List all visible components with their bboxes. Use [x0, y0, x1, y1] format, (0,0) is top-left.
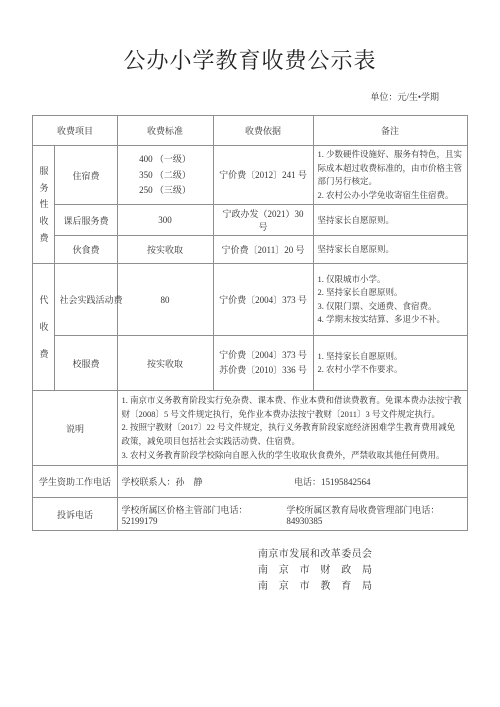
remarks-social-practice: 1. 仅限城市小学。 2. 坚持家长自愿原则。 3. 仅限门票、交通费、食宿费。… — [313, 264, 467, 336]
edu-dept-phone: 学校所属区教育局收费管理部门电话：84930385 — [286, 503, 462, 526]
basis-accommodation: 宁价费〔2012〕241 号 — [213, 146, 313, 205]
price-dept-phone: 学校所属区价格主管部门电话：52199179 — [122, 503, 273, 526]
standard-accommodation: 400 （一级） 350 （二级） 250 （三级） — [117, 146, 213, 205]
remark-line: 坚持家长自愿原则。 — [318, 243, 463, 257]
header-fee-item: 收费项目 — [33, 116, 117, 146]
remark-line: 1. 坚持家长自愿原则。 — [318, 350, 463, 364]
issuing-authorities: 南京市发展和改革委员会 南京市财政局 南京市教育局 — [258, 547, 372, 595]
basis-after-school: 宁政办发（2021）30 号 — [213, 205, 313, 236]
school-contact-person: 学校联系人：孙 静 — [122, 475, 203, 488]
standard-line: 250 （三级） — [122, 183, 209, 198]
standard-line: 350 （二级） — [122, 168, 209, 183]
header-remarks: 备注 — [313, 116, 467, 146]
notes-label: 说明 — [33, 391, 117, 466]
remarks-meals: 坚持家长自愿原则。 — [313, 236, 467, 264]
row-uniform: 校服费 按实收取 宁价费〔2004〕373 号 苏价费〔2010〕336 号 1… — [33, 336, 467, 391]
remark-line: 4. 学期末按实结算、多退少不补。 — [318, 313, 463, 327]
row-accommodation: 服务性收费 住宿费 400 （一级） 350 （二级） 250 （三级） 宁价费… — [33, 146, 467, 205]
remarks-uniform: 1. 坚持家长自愿原则。 2. 农村小学不作要求。 — [313, 336, 467, 391]
remarks-accommodation: 1. 少数硬件设施好、服务有特色，且实际成本超过收费标准的，由市价格主管部门另行… — [313, 146, 467, 205]
basis-line: 苏价费〔2010〕336 号 — [218, 363, 309, 378]
basis-line: 宁价费〔2012〕241 号 — [218, 168, 309, 183]
row-social-practice: 代收费 社会实践活动费 80 宁价费〔2004〕373 号 1. 仅限城市小学。… — [33, 264, 467, 336]
standard-after-school: 300 — [117, 205, 213, 236]
basis-uniform: 宁价费〔2004〕373 号 苏价费〔2010〕336 号 — [213, 336, 313, 391]
remark-line: 坚持家长自愿原则。 — [318, 214, 463, 228]
row-meals: 伙食费 按实收取 宁价费〔2011〕20 号 坚持家长自愿原则。 — [33, 236, 467, 264]
item-uniform: 校服费 — [55, 336, 117, 391]
standard-meals: 按实收取 — [117, 236, 213, 264]
document-page: 公办小学教育收费公示表 单位：元/生•学期 收费项目 收费标准 收费依据 备注 … — [0, 0, 500, 707]
note-line: 1. 南京市义务教育阶段实行免杂费、课本费、作业本费和借读费教育。免课本费办法按… — [122, 394, 463, 422]
aid-phone-number: 电话：15195842564 — [294, 475, 371, 488]
aid-phone-label: 学生资助工作电话 — [33, 466, 117, 498]
basis-line: 宁价费〔2004〕373 号 — [218, 348, 309, 363]
header-fee-basis: 收费依据 — [213, 116, 313, 146]
remarks-after-school: 坚持家长自愿原则。 — [313, 205, 467, 236]
page-title: 公办小学教育收费公示表 — [0, 0, 500, 75]
standard-uniform: 按实收取 — [117, 336, 213, 391]
basis-social-practice: 宁价费〔2004〕373 号 — [213, 264, 313, 336]
issuer-line: 南京市财政局 — [258, 563, 372, 579]
remark-line: 3. 仅限门票、交通费、食宿费。 — [318, 300, 463, 314]
remark-line: 2. 坚持家长自愿原则。 — [318, 286, 463, 300]
fee-table: 收费项目 收费标准 收费依据 备注 服务性收费 住宿费 400 （一级） 350… — [32, 115, 467, 531]
item-after-school: 课后服务费 — [55, 205, 117, 236]
note-line: 3. 农村义务教育阶段学校除向自愿入伙的学生收取伙食费外，严禁收取其他任何费用。 — [122, 449, 463, 463]
complaint-phone-label: 投诉电话 — [33, 498, 117, 531]
aid-phone-content: 学校联系人：孙 静 电话：15195842564 — [117, 466, 467, 498]
notes-content: 1. 南京市义务教育阶段实行免杂费、课本费、作业本费和借读费教育。免课本费办法按… — [117, 391, 467, 466]
unit-note: 单位：元/生•学期 — [33, 90, 467, 103]
header-fee-standard: 收费标准 — [117, 116, 213, 146]
category-agency-fees: 代收费 — [33, 264, 55, 391]
basis-meals: 宁价费〔2011〕20 号 — [213, 236, 313, 264]
remark-line: 2. 农村公办小学免收寄宿生住宿费。 — [318, 189, 463, 203]
table-header-row: 收费项目 收费标准 收费依据 备注 — [33, 116, 467, 146]
issuer-line: 南京市发展和改革委员会 — [258, 547, 372, 563]
row-notes: 说明 1. 南京市义务教育阶段实行免杂费、课本费、作业本费和借读费教育。免课本费… — [33, 391, 467, 466]
item-social-practice: 社会实践活动费 — [55, 264, 117, 336]
item-meals: 伙食费 — [55, 236, 117, 264]
row-student-aid-phone: 学生资助工作电话 学校联系人：孙 静 电话：15195842564 — [33, 466, 467, 498]
row-after-school-service: 课后服务费 300 宁政办发（2021）30 号 坚持家长自愿原则。 — [33, 205, 467, 236]
remark-line: 1. 仅限城市小学。 — [318, 273, 463, 287]
item-accommodation: 住宿费 — [55, 146, 117, 205]
issuer-line: 南京市教育局 — [258, 579, 372, 595]
standard-social-practice: 80 — [117, 264, 213, 336]
remark-line: 1. 少数硬件设施好、服务有特色，且实际成本超过收费标准的，由市价格主管部门另行… — [318, 148, 463, 189]
category-service-fees: 服务性收费 — [33, 146, 55, 264]
remark-line: 2. 农村小学不作要求。 — [318, 363, 463, 377]
complaint-phone-content: 学校所属区价格主管部门电话：52199179 学校所属区教育局收费管理部门电话：… — [117, 498, 467, 531]
row-complaint-phone: 投诉电话 学校所属区价格主管部门电话：52199179 学校所属区教育局收费管理… — [33, 498, 467, 531]
note-line: 2. 按照宁教财〔2017〕22 号文件规定，执行义务教育阶段家庭经济困难学生教… — [122, 421, 463, 449]
standard-line: 400 （一级） — [122, 152, 209, 167]
